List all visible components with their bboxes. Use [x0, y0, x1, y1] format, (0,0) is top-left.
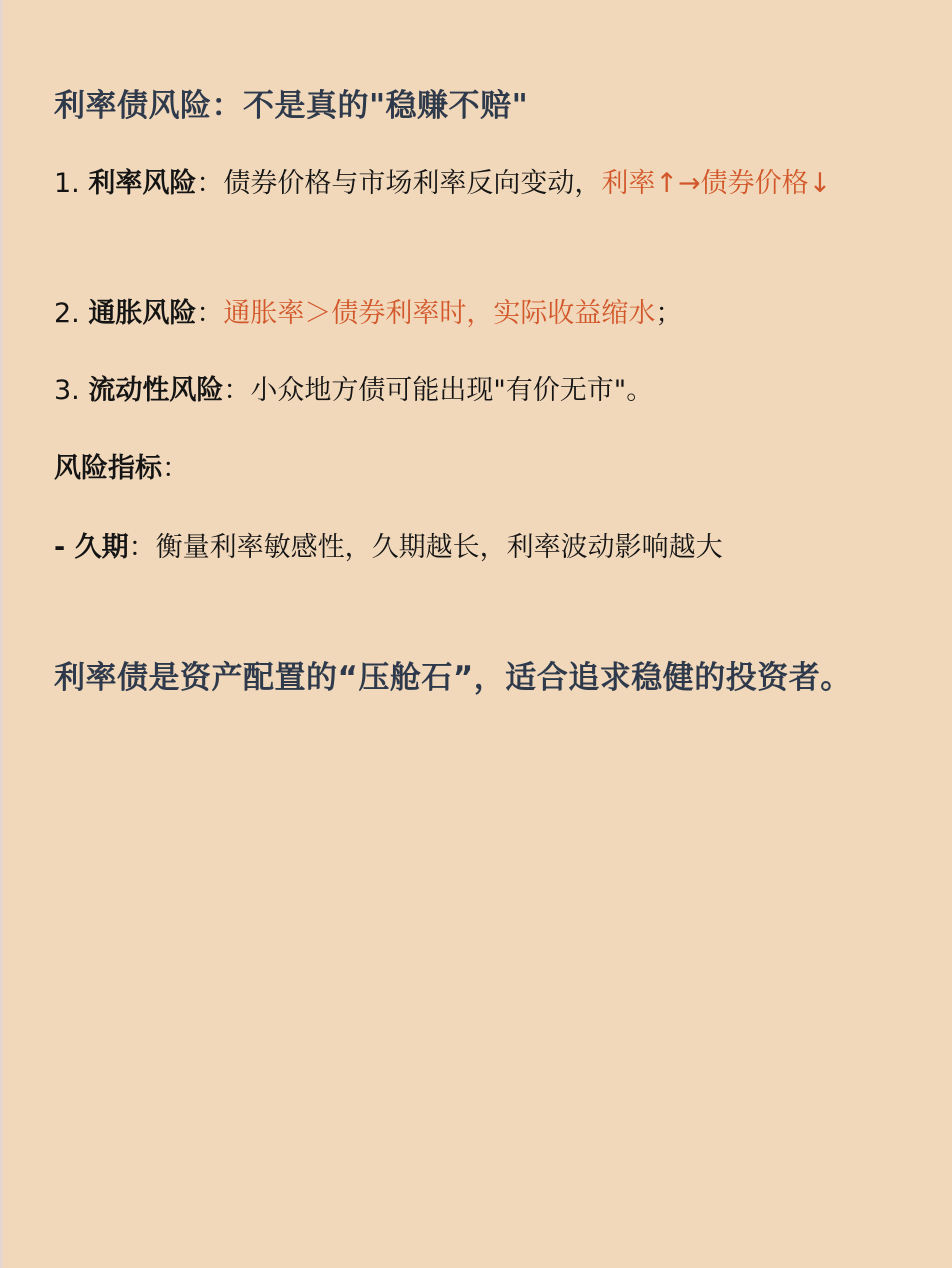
risk-label: 利率风险 — [88, 168, 196, 199]
indicators-heading-label: 风险指标 — [54, 453, 162, 484]
indicators-heading-colon: ： — [162, 453, 189, 484]
risk-item-inflation: 2. 通胀风险：通胀率＞债券利率时，实际收益缩水； — [54, 290, 904, 338]
risk-tail: ； — [655, 298, 682, 329]
conclusion-text: 利率债是资产配置的“压舱石”，适合追求稳健的投资者。 — [54, 650, 904, 706]
risk-number: 3. — [54, 375, 80, 406]
risk-colon: ： — [223, 375, 250, 406]
risk-colon: ： — [196, 298, 223, 329]
risk-highlight: 通胀率＞债券利率时，实际收益缩水 — [223, 298, 655, 329]
page-title: 利率债风险：不是真的"稳赚不赔" — [54, 80, 528, 125]
indicator-text: 衡量利率敏感性，久期越长，利率波动影响越大 — [156, 532, 723, 563]
indicator-label: 久期 — [75, 532, 129, 563]
indicators-heading: 风险指标： — [54, 445, 904, 493]
risk-text: 小众地方债可能出现"有价无市"。 — [250, 375, 653, 406]
risk-number: 2. — [54, 298, 80, 329]
indicator-item-duration: - 久期：衡量利率敏感性，久期越长，利率波动影响越大 — [54, 524, 904, 572]
risk-label: 流动性风险 — [88, 375, 223, 406]
risk-number: 1. — [54, 168, 80, 199]
risk-item-interest-rate: 1. 利率风险：债券价格与市场利率反向变动，利率↑→债券价格↓ — [54, 160, 904, 208]
risk-text: 债券价格与市场利率反向变动， — [223, 168, 601, 199]
indicator-prefix: - — [54, 532, 75, 563]
indicator-colon: ： — [129, 532, 156, 563]
risk-highlight: 利率↑→债券价格↓ — [601, 168, 831, 199]
page-left-edge — [0, 0, 3, 1268]
risk-colon: ： — [196, 168, 223, 199]
risk-item-liquidity: 3. 流动性风险：小众地方债可能出现"有价无市"。 — [54, 367, 904, 415]
risk-label: 通胀风险 — [88, 298, 196, 329]
